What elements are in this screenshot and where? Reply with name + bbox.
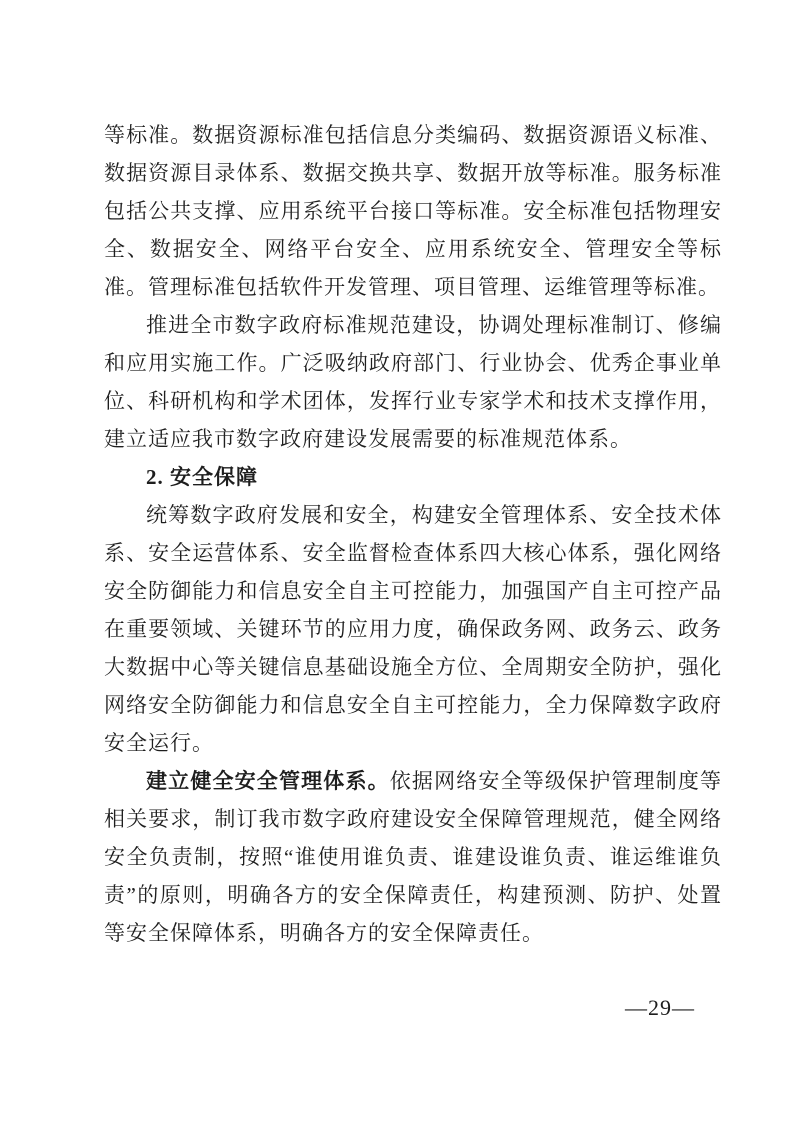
paragraph-standards-promotion: 推进全市数字政府标准规范建设，协调处理标准制订、修编和应用实施工作。广泛吸纳政府… — [104, 306, 722, 458]
paragraph-security-management-system: 建立健全安全管理体系。依据网络安全等级保护管理制度等相关要求，制订我市数字政府建… — [104, 762, 722, 952]
paragraph-standards-continued: 等标准。数据资源标准包括信息分类编码、数据资源语义标准、数据资源目录体系、数据交… — [104, 116, 722, 306]
paragraph-lead-bold: 建立健全安全管理体系。 — [146, 769, 390, 793]
document-body: 等标准。数据资源标准包括信息分类编码、数据资源语义标准、数据资源目录体系、数据交… — [104, 116, 722, 952]
page-number: —29— — [625, 995, 695, 1021]
section-heading-security: 2. 安全保障 — [104, 458, 722, 496]
paragraph-security-overview: 统筹数字政府发展和安全，构建安全管理体系、安全技术体系、安全运营体系、安全监督检… — [104, 496, 722, 762]
document-page: 等标准。数据资源标准包括信息分类编码、数据资源语义标准、数据资源目录体系、数据交… — [0, 0, 793, 1122]
paragraph-lead-body: 依据网络安全等级保护管理制度等相关要求，制订我市数字政府建设安全保障管理规范，健… — [104, 769, 722, 945]
